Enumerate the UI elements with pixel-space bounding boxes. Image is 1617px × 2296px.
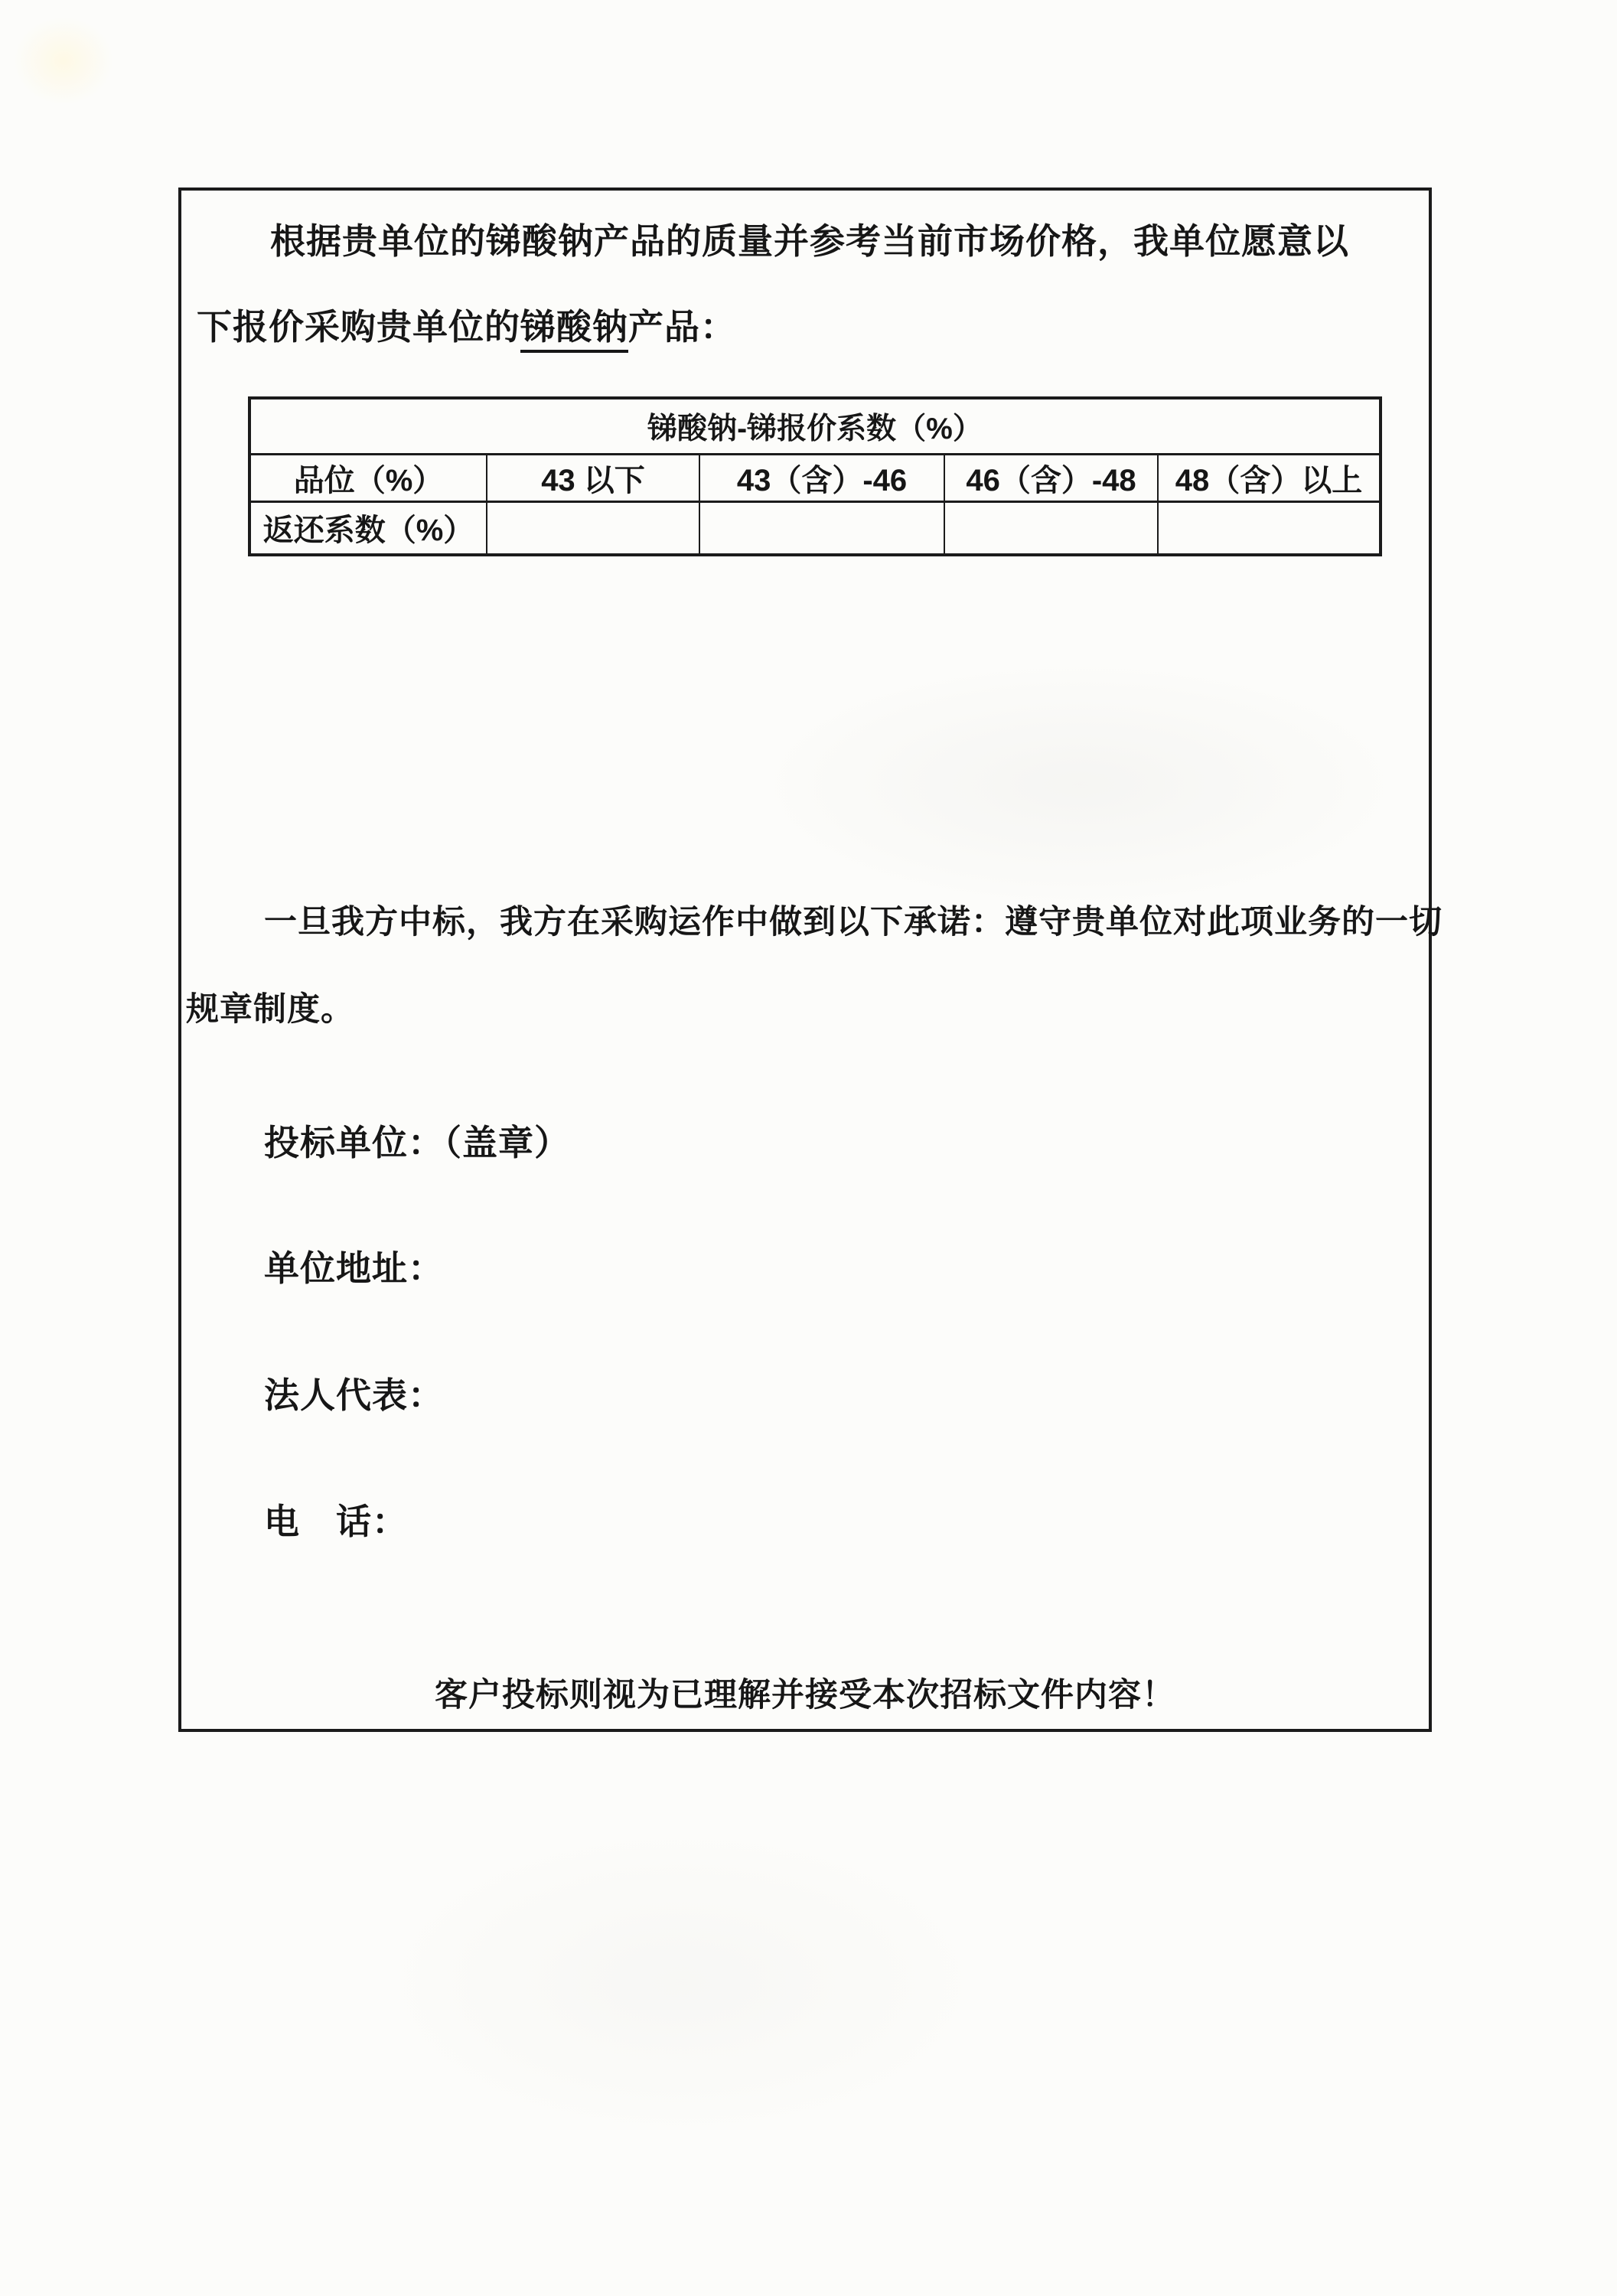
table-header-43-46: 43（含）-46 bbox=[699, 455, 944, 502]
table-row-label: 返还系数（%） bbox=[249, 501, 487, 555]
table-header-above-48: 48（含）以上 bbox=[1158, 455, 1381, 502]
table-data-row: 返还系数（%） bbox=[249, 501, 1381, 555]
field-unit-address-label: 单位地址： bbox=[264, 1241, 444, 1291]
paragraph-2-line-1: 一旦我方中标，我方在采购运作中做到以下承诺：遵守贵单位对此项业务的一切 bbox=[264, 896, 1443, 943]
field-legal-representative-label: 法人代表： bbox=[264, 1368, 444, 1418]
scanned-document-page: 根据贵单位的锑酸钠产品的质量并参考当前市场价格，我单位愿意以 下报价采购贵单位的… bbox=[0, 0, 1617, 2296]
quote-coefficient-table: 锑酸钠-锑报价系数（%） 品位（%） 43 以下 43（含）-46 46（含）-… bbox=[248, 396, 1382, 556]
paragraph-1-line-2-pre: 下报价采购贵单位的 bbox=[197, 307, 520, 347]
table-header-row: 品位（%） 43 以下 43（含）-46 46（含）-48 48（含）以上 bbox=[249, 455, 1381, 502]
table-cell-empty-2 bbox=[699, 501, 944, 555]
paragraph-2-line-2: 规章制度。 bbox=[186, 983, 354, 1030]
field-bidder-unit-label: 投标单位：（盖章） bbox=[264, 1115, 570, 1166]
table-cell-empty-3 bbox=[944, 501, 1158, 555]
underlined-product-name: 锑酸钠 bbox=[520, 307, 628, 353]
scan-smudge-bottom bbox=[367, 1821, 995, 2143]
table-header-below-43: 43 以下 bbox=[487, 455, 699, 502]
paragraph-1-line-2-post: 产品： bbox=[628, 307, 736, 347]
table-cell-empty-1 bbox=[487, 501, 699, 555]
table-cell-empty-4 bbox=[1158, 501, 1381, 555]
footer-acceptance-note: 客户投标则视为已理解并接受本次招标文件内容！ bbox=[181, 1669, 1429, 1716]
field-telephone-label: 电 话： bbox=[264, 1494, 408, 1544]
table-title: 锑酸钠-锑报价系数（%） bbox=[249, 398, 1381, 455]
table-header-grade: 品位（%） bbox=[249, 455, 487, 502]
paragraph-1-line-2: 下报价采购贵单位的锑酸钠产品： bbox=[197, 299, 736, 350]
paragraph-1-line-1: 根据贵单位的锑酸钠产品的质量并参考当前市场价格，我单位愿意以 bbox=[270, 214, 1349, 264]
table-header-46-48: 46（含）-48 bbox=[944, 455, 1158, 502]
scan-smudge-top-left bbox=[14, 17, 113, 105]
document-border-box: 根据贵单位的锑酸钠产品的质量并参考当前市场价格，我单位愿意以 下报价采购贵单位的… bbox=[178, 188, 1432, 1732]
